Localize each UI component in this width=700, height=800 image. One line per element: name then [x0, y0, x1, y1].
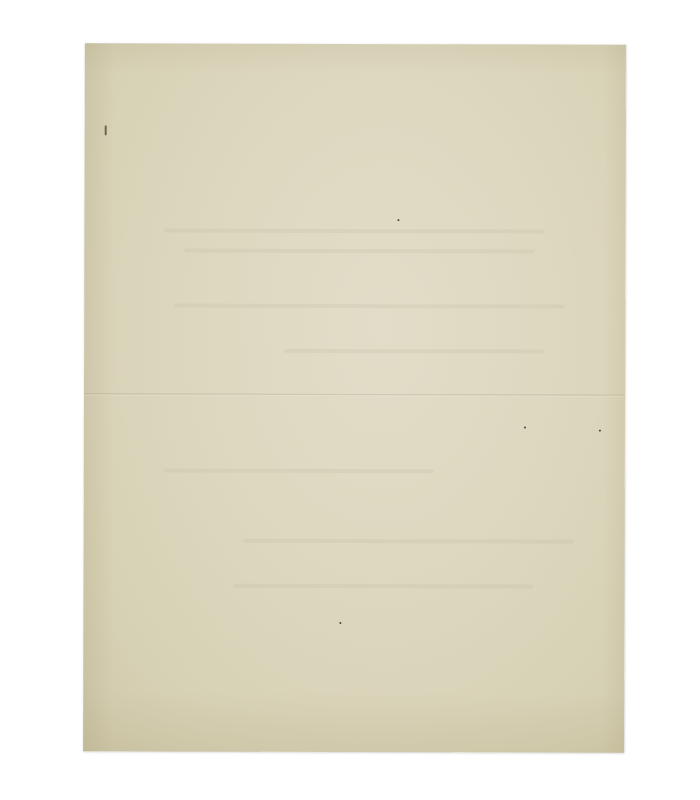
paper-speck	[524, 426, 526, 428]
show-through-line	[244, 539, 574, 544]
show-through-line	[164, 469, 434, 474]
paper-speck	[339, 622, 341, 624]
paper-mark	[105, 125, 107, 135]
show-through-line	[164, 229, 544, 234]
show-through-line	[284, 349, 544, 354]
paper-speck	[599, 430, 601, 432]
paper-speck	[397, 219, 399, 221]
fold-crease	[84, 393, 625, 396]
show-through-line	[234, 584, 534, 589]
show-through-line	[184, 249, 534, 254]
paper-sheet	[83, 43, 626, 752]
show-through-line	[174, 304, 564, 309]
